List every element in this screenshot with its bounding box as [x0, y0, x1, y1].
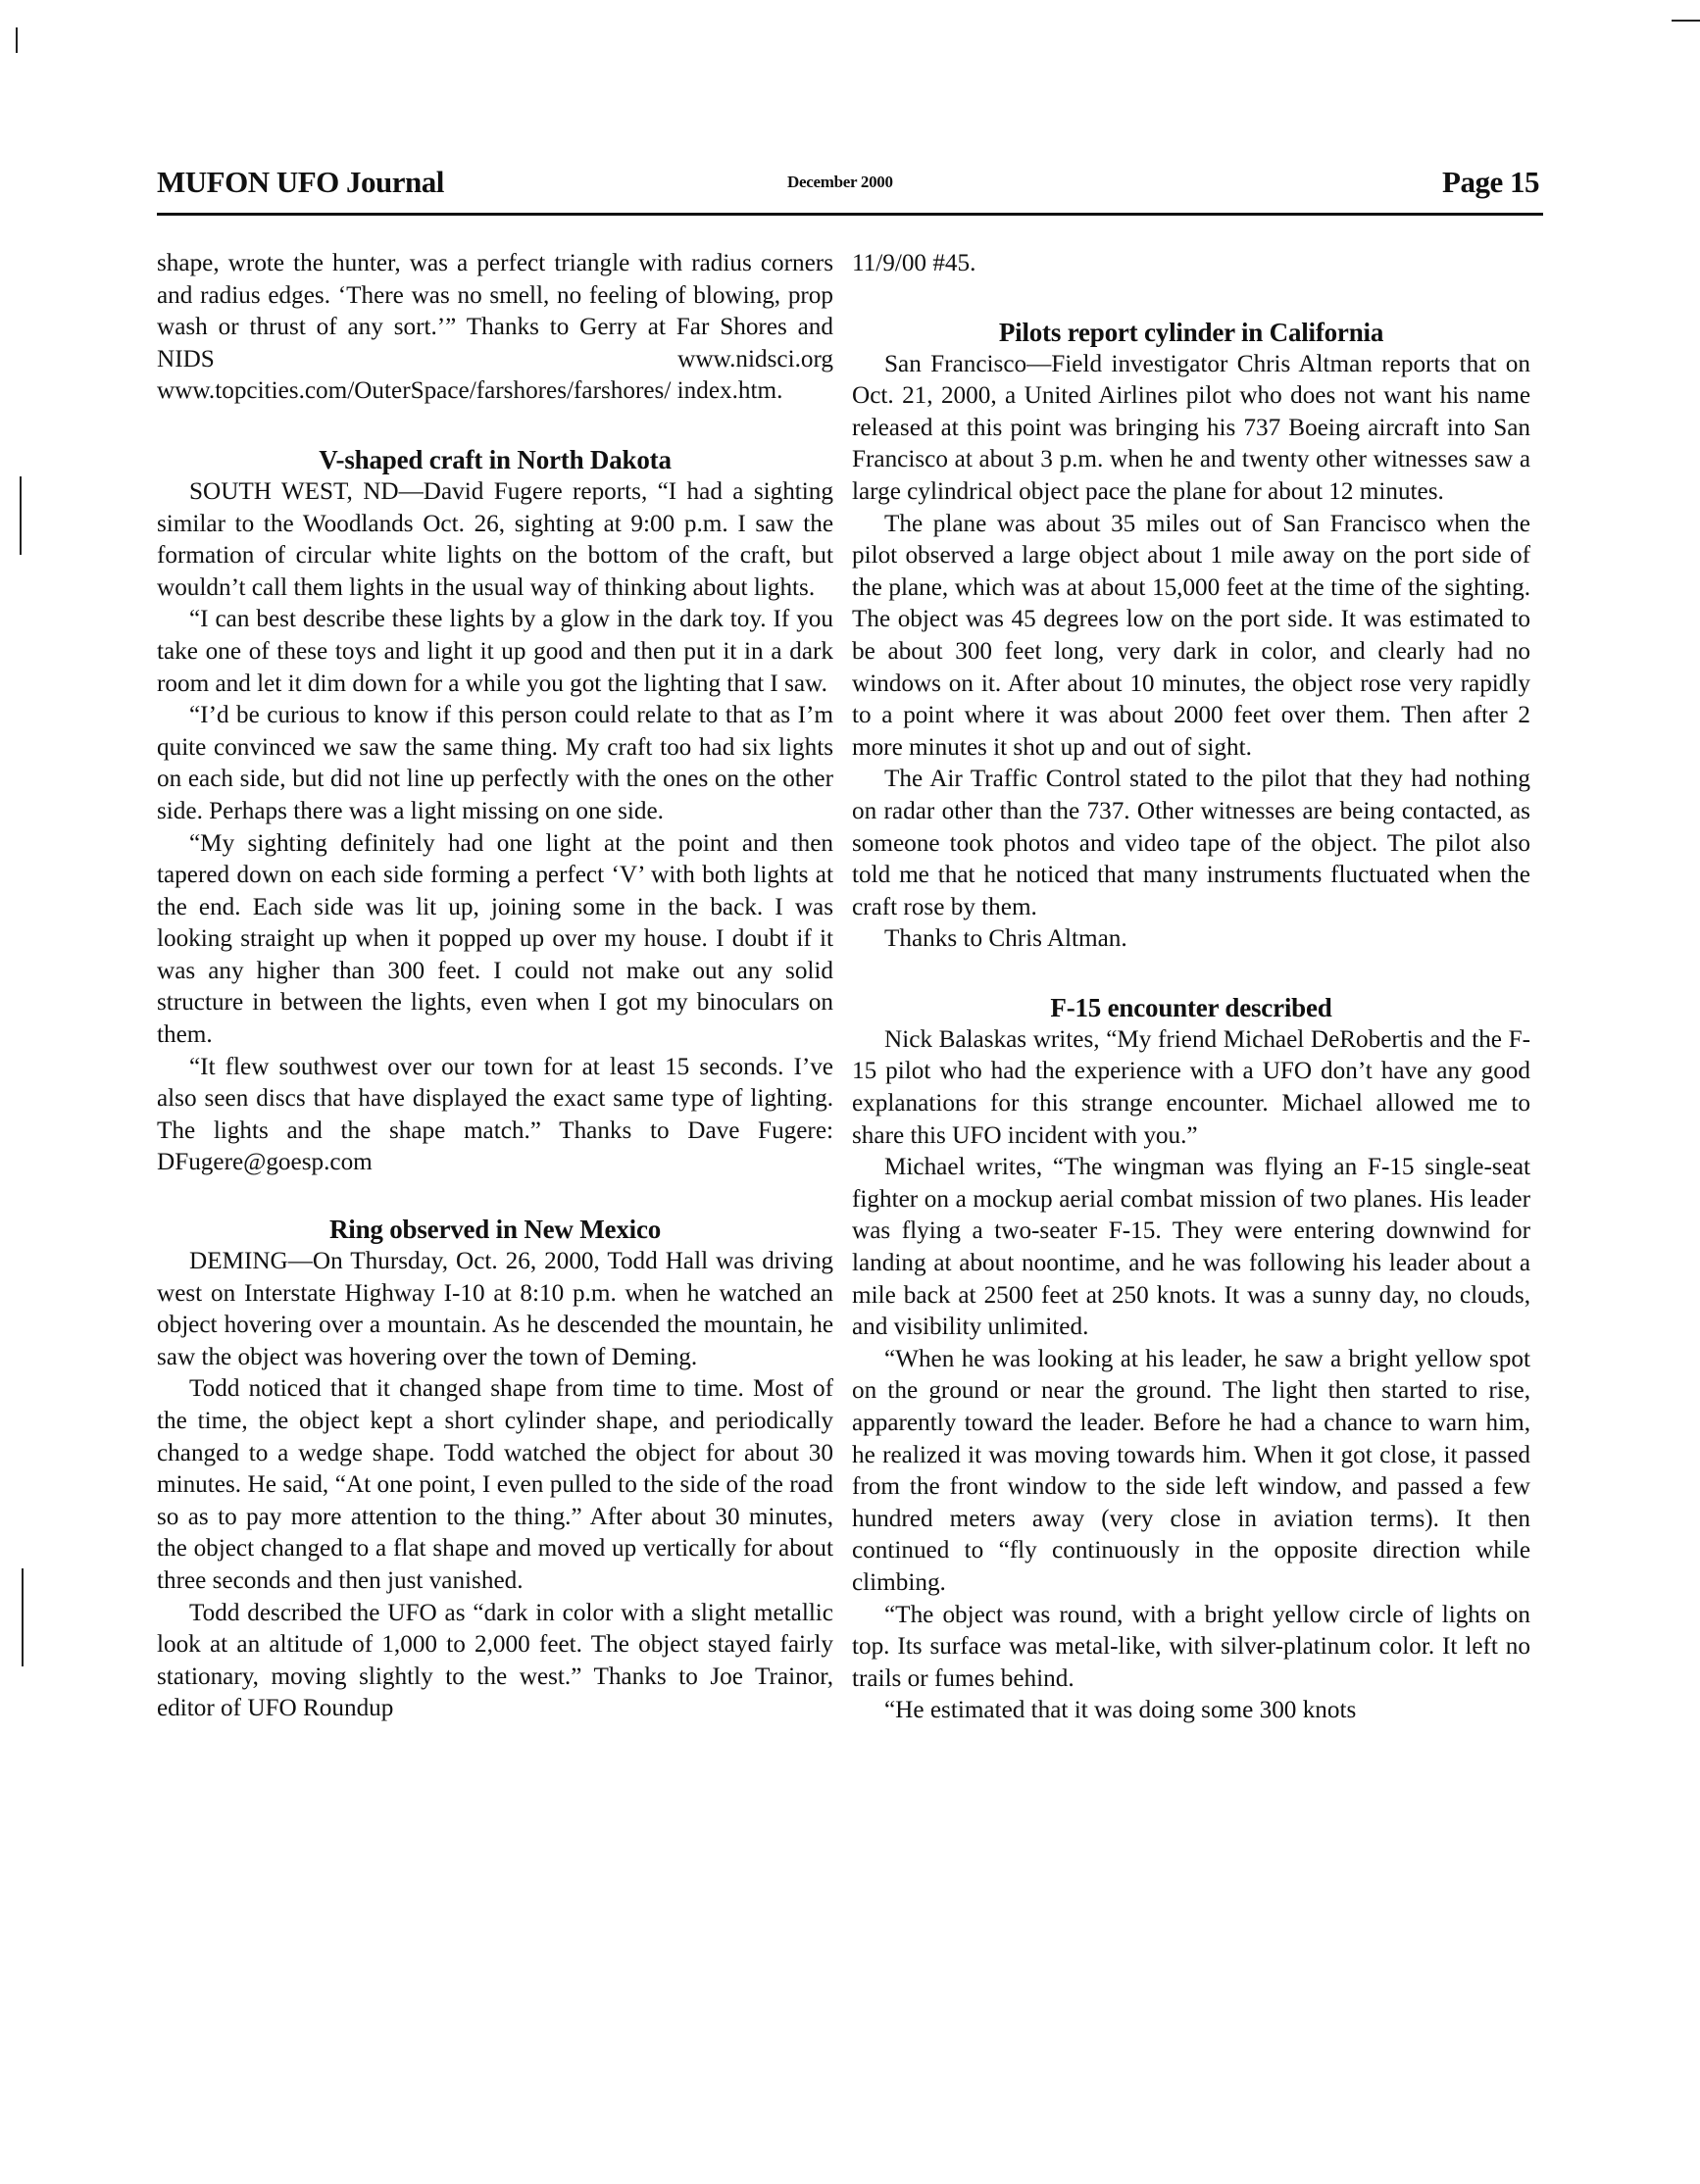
continued-article-citation: 11/9/00 #45. — [852, 248, 1530, 280]
left-column: shape, wrote the hunter, was a perfect t… — [157, 248, 833, 1725]
article-north-dakota: V-shaped craft in North Dakota SOUTH WES… — [157, 443, 833, 1179]
scan-artifact-top-right — [1672, 20, 1700, 22]
scan-artifact-top-left — [16, 27, 18, 53]
issue-date: December 2000 — [787, 173, 893, 192]
paragraph: Michael writes, “The wingman was flying … — [852, 1152, 1530, 1344]
journal-title: MUFON UFO Journal — [157, 165, 444, 200]
paragraph: Nick Balaskas writes, “My friend Michael… — [852, 1024, 1530, 1152]
paragraph: “I’d be curious to know if this person c… — [157, 700, 833, 827]
continued-article: shape, wrote the hunter, was a perfect t… — [157, 248, 833, 408]
paragraph: “My sighting definitely had one light at… — [157, 828, 833, 1052]
paragraph: Todd noticed that it changed shape from … — [157, 1373, 833, 1597]
paragraph: DEMING—On Thursday, Oct. 26, 2000, Todd … — [157, 1246, 833, 1373]
paragraph: shape, wrote the hunter, was a perfect t… — [157, 248, 833, 408]
paragraph: Thanks to Chris Altman. — [852, 923, 1530, 956]
page-header: MUFON UFO Journal December 2000 Page 15 — [157, 165, 1539, 208]
article-new-mexico: Ring observed in New Mexico DEMING—On Th… — [157, 1213, 833, 1725]
article-california: Pilots report cylinder in California San… — [852, 316, 1530, 956]
scan-artifact-left-edge-2 — [22, 1568, 24, 1666]
paragraph: The Air Traffic Control stated to the pi… — [852, 764, 1530, 923]
paragraph: “When he was looking at his leader, he s… — [852, 1344, 1530, 1600]
page-number: Page 15 — [1442, 165, 1539, 200]
article-headline: Pilots report cylinder in California — [852, 316, 1530, 349]
header-divider — [157, 213, 1543, 216]
paragraph: “The object was round, with a bright yel… — [852, 1600, 1530, 1696]
article-headline: F-15 encounter described — [852, 991, 1530, 1024]
paragraph: “I can best describe these lights by a g… — [157, 604, 833, 700]
scan-artifact-left-edge — [20, 476, 22, 555]
paragraph: “It flew southwest over our town for at … — [157, 1052, 833, 1179]
article-headline: Ring observed in New Mexico — [157, 1213, 833, 1246]
paragraph: “He estimated that it was doing some 300… — [852, 1695, 1530, 1727]
paragraph: The plane was about 35 miles out of San … — [852, 509, 1530, 765]
article-headline: V-shaped craft in North Dakota — [157, 443, 833, 476]
article-f15: F-15 encounter described Nick Balaskas w… — [852, 991, 1530, 1727]
paragraph: SOUTH WEST, ND—David Fugere reports, “I … — [157, 476, 833, 604]
paragraph: Todd described the UFO as “dark in color… — [157, 1598, 833, 1725]
paragraph: San Francisco—Field investigator Chris A… — [852, 349, 1530, 509]
right-column: 11/9/00 #45. Pilots report cylinder in C… — [852, 248, 1530, 1727]
